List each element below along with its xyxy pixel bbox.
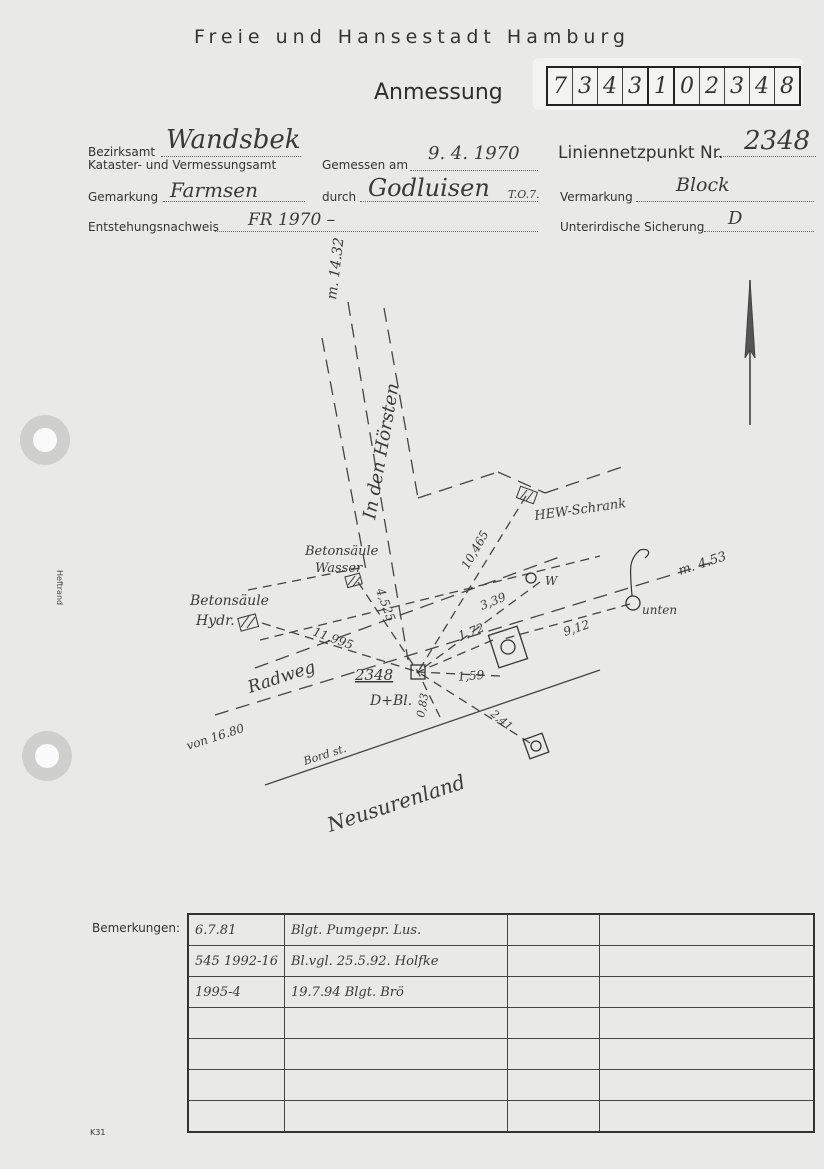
- radweg-label: Radweg: [244, 657, 318, 698]
- measurement-label: 11,995: [311, 625, 355, 653]
- remarks-cell: [284, 1101, 507, 1133]
- point-number: 2348: [354, 666, 393, 684]
- street-measure: m. 14.32: [324, 237, 347, 301]
- remarks-cell: Bl.vgl. 25.5.92. Holfke: [284, 946, 507, 977]
- remarks-cell: [507, 914, 599, 946]
- remarks-row: 545 1992-16Bl.vgl. 25.5.92. Holfke: [188, 946, 814, 977]
- north-arrow-icon: [745, 280, 755, 425]
- measurement-label: 2,41: [487, 707, 515, 733]
- remarks-label: Bemerkungen:: [92, 921, 180, 935]
- remarks-row: 6.7.81Blgt. Pumgepr. Lus.: [188, 914, 814, 946]
- von-label: von 16.80: [185, 721, 247, 753]
- remarks-cell: [188, 1008, 284, 1039]
- water-column-label: Wasser: [315, 561, 363, 576]
- remarks-row: [188, 1070, 814, 1101]
- valve-unten-icon: [626, 596, 640, 610]
- remarks-cell: [599, 977, 814, 1008]
- remarks-cell: [284, 1070, 507, 1101]
- remarks-cell: [507, 946, 599, 977]
- remarks-cell: [599, 914, 814, 946]
- w-label: W: [545, 574, 559, 588]
- measurement-label: 0,83: [414, 692, 431, 718]
- measurement-label: 10,465: [458, 528, 491, 571]
- remarks-cell: [188, 1070, 284, 1101]
- remarks-cell: 1995-4: [188, 977, 284, 1008]
- remarks-cell: 19.7.94 Blgt. Brö: [284, 977, 507, 1008]
- measurement-label: 4,525: [373, 585, 398, 623]
- area-label: Neusurenland: [323, 770, 468, 838]
- remarks-row: [188, 1101, 814, 1133]
- hew-cabinet-icon: [516, 486, 537, 503]
- measurement-label: 9,12: [562, 617, 592, 639]
- remarks-cell: [507, 1070, 599, 1101]
- manhole-icon: [488, 626, 527, 668]
- remarks-cell: [188, 1039, 284, 1070]
- measurement-label: 1,59: [457, 668, 485, 684]
- remarks-cell: [507, 1101, 599, 1133]
- street-name: In den Hörsten: [359, 382, 404, 522]
- remarks-cell: [599, 1101, 814, 1133]
- remarks-cell: 6.7.81: [188, 914, 284, 946]
- remarks-cell: Blgt. Pumgepr. Lus.: [284, 914, 507, 946]
- water-column-label: Betonsäule: [304, 544, 379, 559]
- unten-label: unten: [642, 603, 677, 617]
- remarks-cell: [507, 1008, 599, 1039]
- remarks-row: 1995-419.7.94 Blgt. Brö: [188, 977, 814, 1008]
- survey-sketch: m. 14.32 In den Hörsten Betonsäule Hydr.…: [0, 0, 824, 900]
- remarks-cell: [599, 1008, 814, 1039]
- remarks-cell: [507, 977, 599, 1008]
- remarks-cell: [599, 1070, 814, 1101]
- form-code: K31: [90, 1128, 105, 1137]
- remarks-cell: [599, 1039, 814, 1070]
- remarks-row: [188, 1008, 814, 1039]
- hew-label: HEW-Schrank: [532, 496, 627, 524]
- point-marking: D+Bl.: [369, 693, 412, 709]
- hydrant-label: Betonsäule: [189, 593, 269, 609]
- water-valve-icon: [526, 573, 536, 583]
- remarks-cell: [599, 946, 814, 977]
- remarks-cell: [507, 1039, 599, 1070]
- hydrant-label: Hydr.: [195, 613, 235, 629]
- east-measure: m. 4.53: [677, 549, 729, 579]
- remarks-table: 6.7.81Blgt. Pumgepr. Lus.545 1992-16Bl.v…: [187, 913, 815, 1133]
- remarks-cell: 545 1992-16: [188, 946, 284, 977]
- remarks-cell: [188, 1101, 284, 1133]
- remarks-cell: [284, 1008, 507, 1039]
- remarks-cell: [284, 1039, 507, 1070]
- valve-icon: [523, 733, 549, 759]
- remarks-row: [188, 1039, 814, 1070]
- measurement-label: 1,72: [456, 621, 486, 643]
